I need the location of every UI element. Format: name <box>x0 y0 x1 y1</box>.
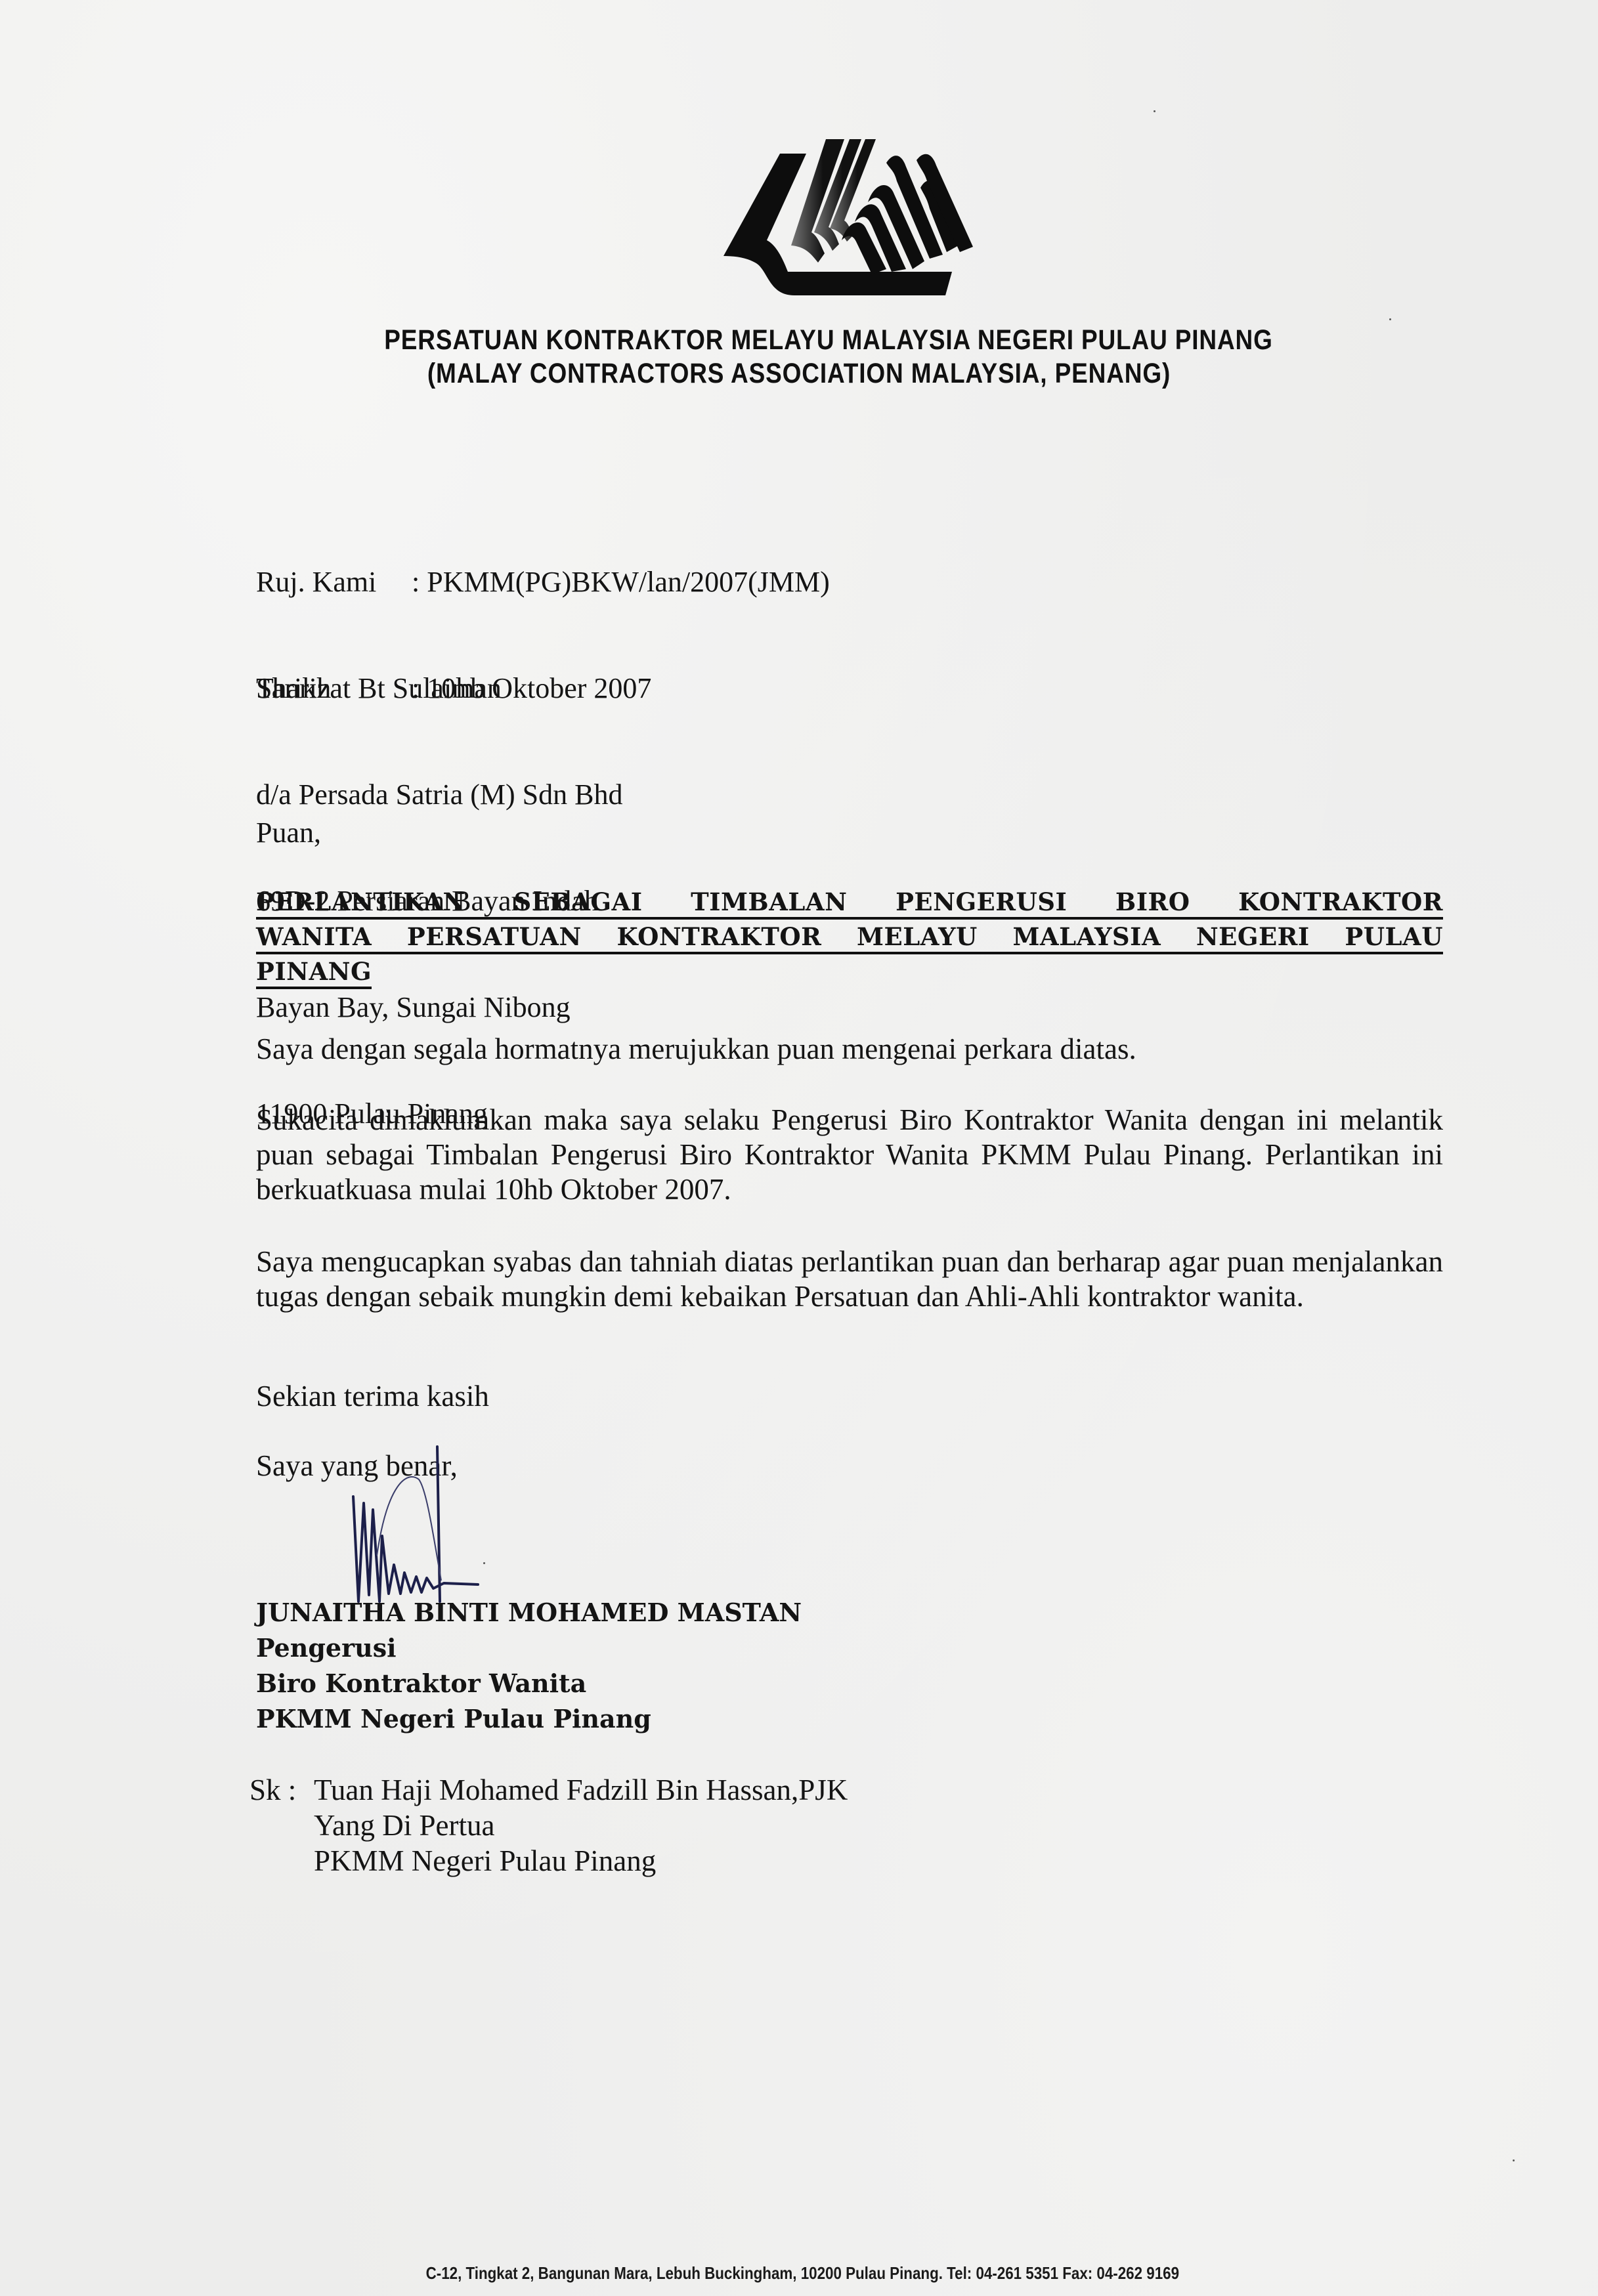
paper-speck <box>1513 2159 1515 2161</box>
paper-speck <box>1154 110 1155 112</box>
body-paragraph: Saya mengucapkan syabas dan tahniah diat… <box>256 1244 1443 1314</box>
body-paragraph: Sukacita dimaklumkan maka saya selaku Pe… <box>256 1103 1443 1207</box>
paper-speck <box>483 1562 485 1564</box>
closing-line: Sekian terima kasih <box>256 1379 1443 1414</box>
cc-line: Tuan Haji Mohamed Fadzill Bin Hassan,PJK <box>314 1772 848 1808</box>
cc-line: Yang Di Pertua <box>314 1808 494 1843</box>
recipient-line: d/a Persada Satria (M) Sdn Bhd <box>256 777 622 813</box>
recipient-line: Bayan Bay, Sungai Nibong <box>256 990 622 1025</box>
cc-line: PKMM Negeri Pulau Pinang <box>314 1843 656 1879</box>
cc-block: Sk : Tuan Haji Mohamed Fadzill Bin Hassa… <box>249 1772 848 1879</box>
paper-speck <box>1389 318 1391 320</box>
ref-value: : PKMM(PG)BKW/lan/2007(JMM) <box>412 564 830 600</box>
subject-line: WANITA PERSATUAN KONTRAKTOR MELAYU MALAY… <box>256 920 1443 954</box>
subject-line: PERLANTIKAN SEBAGAI TIMBALAN PENGERUSI B… <box>256 885 1443 920</box>
signer-title: Pengerusi <box>256 1630 802 1666</box>
subject-heading: PERLANTIKAN SEBAGAI TIMBALAN PENGERUSI B… <box>256 885 1443 989</box>
salutation: Puan, <box>256 815 321 851</box>
subject-line: PINANG <box>256 954 372 989</box>
signer-org: PKMM Negeri Pulau Pinang <box>256 1701 802 1737</box>
footer-address: C-12, Tingkat 2, Bangunan Mara, Lebuh Bu… <box>116 2263 1490 2284</box>
signer-block: JUNAITHA BINTI MOHAMED MASTAN Pengerusi … <box>256 1595 802 1737</box>
org-name-malay: PERSATUAN KONTRAKTOR MELAYU MALAYSIA NEG… <box>141 324 1515 356</box>
signer-unit: Biro Kontraktor Wanita <box>256 1666 802 1701</box>
signature-icon <box>328 1437 499 1608</box>
cc-label: Sk : <box>249 1772 314 1808</box>
org-name-english: (MALAY CONTRACTORS ASSOCIATION MALAYSIA,… <box>112 358 1486 390</box>
pkmm-logo-icon <box>689 117 978 301</box>
ref-label: Ruj. Kami <box>256 564 412 600</box>
recipient-line: Sharizat Bt Sulaiman <box>256 671 622 706</box>
recipient-address: Sharizat Bt Sulaiman d/a Persada Satria … <box>256 600 622 1167</box>
signer-name: JUNAITHA BINTI MOHAMED MASTAN <box>256 1595 802 1630</box>
body-paragraph: Saya dengan segala hormatnya merujukkan … <box>256 1032 1443 1067</box>
